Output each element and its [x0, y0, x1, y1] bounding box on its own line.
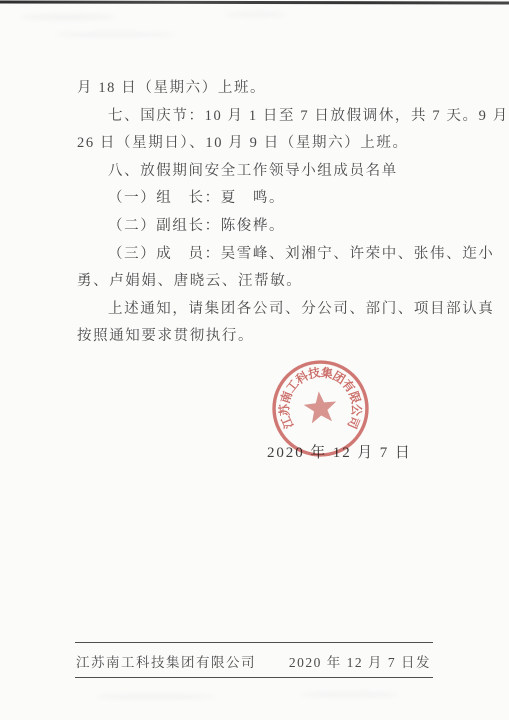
footer-rule-bottom	[75, 677, 433, 678]
scan-edge-line	[0, 0, 509, 4]
footer: 江苏南工科技集团有限公司 2020 年 12 月 7 日发	[76, 651, 431, 671]
notice-line: 八、放假期间安全工作领导小组成员名单	[77, 158, 435, 186]
notice-line: 26 日（星期日）、10 月 9 日（星期六）上班。	[77, 130, 435, 158]
notice-line: （二）副组长：陈俊桦。	[77, 213, 435, 241]
footer-company: 江苏南工科技集团有限公司	[76, 651, 256, 671]
scan-smudge	[300, 692, 400, 697]
notice-body: 月 18 日（星期六）上班。 七、国庆节：10 月 1 日至 7 日放假调休，共…	[77, 75, 435, 351]
footer-rule-top	[75, 642, 433, 643]
scan-smudge	[225, 12, 285, 17]
scan-smudge	[55, 32, 175, 37]
notice-line: 勇、卢娟娟、唐晓云、汪帮敏。	[77, 268, 435, 296]
official-seal: 江苏南工科技集团有限公司	[270, 358, 371, 459]
seal-company-char: 技	[306, 365, 321, 381]
notice-line: （一）组 长：夏 鸣。	[77, 185, 435, 213]
seal-company-char: 司	[345, 414, 363, 431]
notice-line: 上述通知，请集团各公司、分公司、部门、项目部认真	[77, 296, 435, 324]
footer-issue-date: 2020 年 12 月 7 日发	[289, 651, 431, 671]
scan-smudge	[20, 14, 115, 20]
scan-smudge	[95, 694, 215, 699]
notice-line: 按照通知要求贯彻执行。	[77, 323, 435, 351]
scanned-notice-page: 月 18 日（星期六）上班。 七、国庆节：10 月 1 日至 7 日放假调休，共…	[0, 0, 509, 720]
notice-line: （三）成 员：吴雪峰、刘湘宁、许荣中、张伟、迮小	[77, 241, 435, 269]
notice-line: 月 18 日（星期六）上班。	[77, 75, 435, 103]
seal-star-icon	[302, 390, 338, 424]
notice-line: 七、国庆节：10 月 1 日至 7 日放假调休，共 7 天。9 月	[77, 103, 435, 131]
